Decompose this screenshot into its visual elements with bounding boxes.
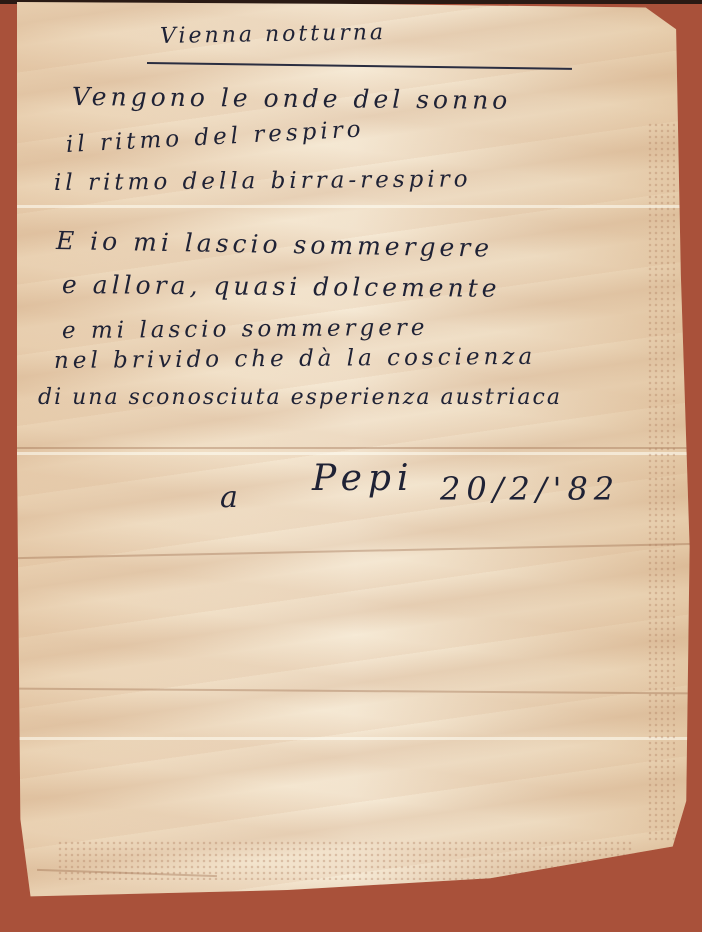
fold-crease <box>17 688 693 695</box>
fold-crease <box>17 447 693 449</box>
fold-crease <box>17 543 693 559</box>
embossed-pattern <box>647 122 675 842</box>
fold-crease <box>17 205 693 208</box>
poem-line: e allora, quasi dolcemente <box>62 270 501 303</box>
poem-line: Vengono le onde del sonno <box>72 82 512 115</box>
fold-crease <box>17 737 693 740</box>
poem-line: il ritmo della birra-respiro <box>54 166 472 196</box>
fold-crease <box>17 452 693 455</box>
poem-line: e mi lascio sommergere <box>62 315 429 344</box>
embossed-pattern <box>57 840 633 880</box>
signature-name: Pepi <box>312 458 414 499</box>
poem-line: di una sconosciuta esperienza austriaca <box>38 385 562 410</box>
poem-title: Vienna notturna <box>160 20 386 49</box>
dedication: a <box>220 480 244 515</box>
poem-line: nel brivido che dà la coscienza <box>54 344 536 374</box>
signature-date: 20/2/'82 <box>440 470 620 508</box>
